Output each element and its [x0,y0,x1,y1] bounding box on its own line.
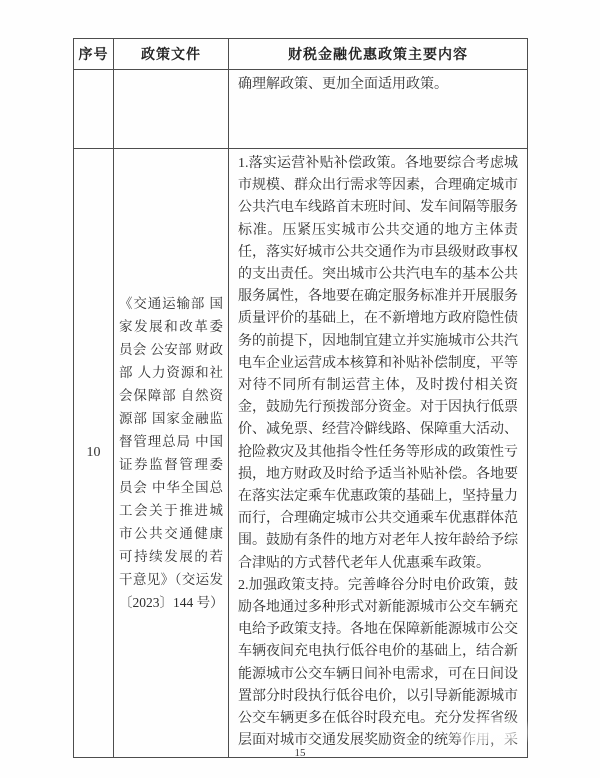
policy-doc-cell-empty [114,70,229,149]
table-row-continuation: 确理解政策、更加全面适用政策。 [74,70,528,149]
content-cell: 1.落实运营补贴补偿政策。各地要综合考虑城市规模、群众出行需求等因素，合理确定城… [229,149,528,758]
document-page: 序号 政策文件 财税金融优惠政策主要内容 确理解政策、更加全面适用政策。 10 … [0,0,600,778]
header-seq: 序号 [74,39,114,70]
policy-table: 序号 政策文件 财税金融优惠政策主要内容 确理解政策、更加全面适用政策。 10 … [73,38,528,758]
seq-cell: 10 [74,149,114,758]
content-cell-continuation: 确理解政策、更加全面适用政策。 [229,70,528,149]
page-number: 15 [0,747,600,759]
header-policy-doc: 政策文件 [114,39,229,70]
table-header-row: 序号 政策文件 财税金融优惠政策主要内容 [74,39,528,70]
continuation-text: 确理解政策、更加全面适用政策。 [238,74,518,96]
policy-doc-cell: 《交通运输部 国家发展和改革委员会 公安部 财政部 人力资源和社会保障部 自然资… [114,149,229,758]
content-paragraph-1: 1.落实运营补贴补偿政策。各地要综合考虑城市规模、群众出行需求等因素，合理确定城… [238,153,518,575]
table-row-10: 10 《交通运输部 国家发展和改革委员会 公安部 财政部 人力资源和社会保障部 … [74,149,528,758]
seq-cell-empty [74,70,114,149]
header-content: 财税金融优惠政策主要内容 [229,39,528,70]
content-paragraph-2: 2.加强政策支持。完善峰谷分时电价政策，鼓励各地通过多种形式对新能源城市公交车辆… [238,575,518,753]
